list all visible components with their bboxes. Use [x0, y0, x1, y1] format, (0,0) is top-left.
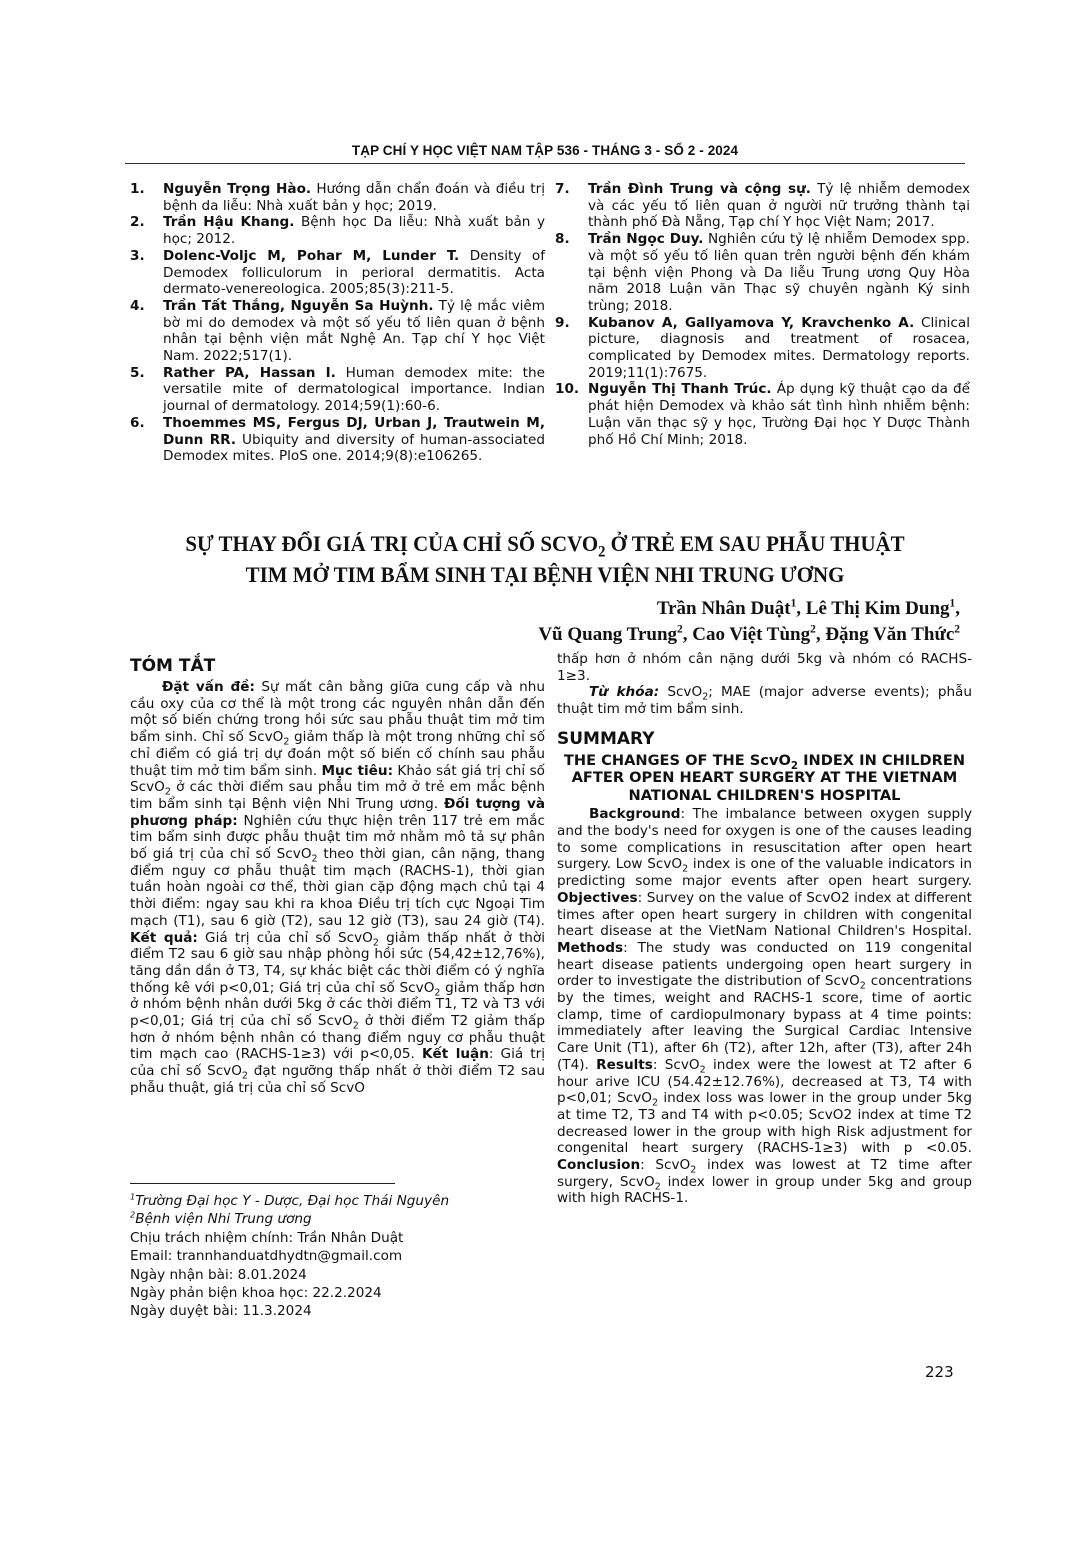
reference-authors: Trần Đình Trung và cộng sự.	[588, 181, 811, 197]
reference-item: 6. Thoemmes MS, Fergus DJ, Urban J, Trau…	[130, 415, 545, 465]
affiliation-1: 1Trường Đại học Y - Dược, Đại học Thái N…	[130, 1192, 550, 1210]
footnotes: 1Trường Đại học Y - Dược, Đại học Thái N…	[130, 1192, 550, 1321]
author-affiliation: 2	[810, 624, 816, 636]
author-name: Đặng Văn Thức	[825, 624, 954, 645]
author-name: Lê Thị Kim Dung	[806, 598, 950, 619]
date-reviewed: Ngày phản biện khoa học: 22.2.2024	[130, 1284, 550, 1302]
reference-authors: Trần Ngọc Duy.	[588, 231, 703, 247]
author-list: Trần Nhân Duật1, Lê Thị Kim Dung1, Vũ Qu…	[538, 596, 960, 648]
reference-authors: Trần Tất Thắng, Nguyễn Sa Huỳnh.	[163, 298, 434, 314]
reference-number: 8.	[555, 231, 588, 315]
author-affiliation: 2	[954, 624, 960, 636]
reference-number: 2.	[130, 214, 163, 247]
summary-heading: SUMMARY	[557, 728, 972, 750]
reference-number: 5.	[130, 365, 163, 415]
date-received: Ngày nhận bài: 8.01.2024	[130, 1266, 550, 1284]
reference-authors: Trần Hậu Khang.	[163, 214, 294, 230]
reference-authors: Kubanov A, Gallyamova Y, Kravchenko A.	[588, 315, 914, 331]
reference-item: 5. Rather PA, Hassan I. Human demodex mi…	[130, 365, 545, 415]
reference-item: 2. Trần Hậu Khang. Bệnh học Da liễu: Nhà…	[130, 214, 545, 247]
footnote-divider	[130, 1183, 395, 1184]
corresponding-author: Chịu trách nhiệm chính: Trần Nhân Duật	[130, 1229, 550, 1247]
author-affiliation: 1	[950, 598, 956, 610]
reference-number: 10.	[555, 381, 588, 448]
abstract-paragraph: Đặt vấn đề: Sự mất cân bằng giữa cung cấ…	[130, 679, 545, 1097]
keywords: Từ khóa: ScvO2; MAE (major adverse event…	[557, 684, 972, 717]
reference-authors: Rather PA, Hassan I.	[163, 365, 336, 381]
article-title: SỰ THAY ĐỔI GIÁ TRỊ CỦA CHỈ SỐ SCVO2 Ở T…	[154, 528, 935, 590]
author-name: Cao Việt Tùng	[692, 624, 810, 645]
reference-number: 4.	[130, 298, 163, 365]
abstract-vietnamese: TÓM TẮT Đặt vấn đề: Sự mất cân bằng giữa…	[130, 655, 545, 1097]
email: Email: trannhanduatdhydtn@gmail.com	[130, 1247, 550, 1265]
journal-header: TẠP CHÍ Y HỌC VIỆT NAM TẬP 536 - THÁNG 3…	[125, 143, 965, 164]
reference-number: 7.	[555, 181, 588, 231]
abstract-continuation: 2 thấp hơn ở nhóm cân nặng dưới 5kg và n…	[557, 651, 972, 684]
reference-item: 4. Trần Tất Thắng, Nguyễn Sa Huỳnh. Tỷ l…	[130, 298, 545, 365]
reference-authors: Nguyễn Thị Thanh Trúc.	[588, 381, 772, 397]
reference-authors: Dolenc-Voljc M, Pohar M, Lunder T.	[163, 248, 459, 264]
reference-number: 3.	[130, 248, 163, 298]
abstract-right-column: 2 thấp hơn ở nhóm cân nặng dưới 5kg và n…	[557, 651, 972, 1207]
reference-item: 3. Dolenc-Voljc M, Pohar M, Lunder T. De…	[130, 248, 545, 298]
author-affiliation: 1	[791, 598, 797, 610]
date-accepted: Ngày duyệt bài: 11.3.2024	[130, 1302, 550, 1320]
english-title: THE CHANGES OF THE ScvO2 INDEX IN CHILDR…	[557, 752, 972, 805]
affiliation-2: 2Bệnh viện Nhi Trung ương	[130, 1210, 550, 1228]
page-number: 223	[925, 1363, 954, 1381]
reference-item: 10. Nguyễn Thị Thanh Trúc. Áp dụng kỹ th…	[555, 381, 970, 448]
reference-item: 1. Nguyễn Trọng Hào. Hướng dẫn chẩn đoán…	[130, 181, 545, 214]
references-right-column: 7. Trần Đình Trung và cộng sự. Tỷ lệ nhi…	[555, 181, 970, 448]
author-affiliation: 2	[677, 624, 683, 636]
article-title-line-1: SỰ THAY ĐỔI GIÁ TRỊ CỦA CHỈ SỐ SCVO2 Ở T…	[154, 528, 935, 559]
reference-number: 6.	[130, 415, 163, 465]
article-title-line-2: TIM MỞ TIM BẨM SINH TẠI BỆNH VIỆN NHI TR…	[154, 559, 935, 590]
author-name: Vũ Quang Trung	[538, 624, 677, 645]
abstract-heading: TÓM TẮT	[130, 655, 545, 677]
author-name: Trần Nhân Duật	[657, 598, 791, 619]
summary-paragraph: Background: The imbalance between oxygen…	[557, 806, 972, 1207]
reference-item: 9. Kubanov A, Gallyamova Y, Kravchenko A…	[555, 315, 970, 382]
reference-item: 7. Trần Đình Trung và cộng sự. Tỷ lệ nhi…	[555, 181, 970, 231]
reference-number: 9.	[555, 315, 588, 382]
references-left-column: 1. Nguyễn Trọng Hào. Hướng dẫn chẩn đoán…	[130, 181, 545, 465]
reference-item: 8. Trần Ngọc Duy. Nghiên cứu tỷ lệ nhiễm…	[555, 231, 970, 315]
reference-number: 1.	[130, 181, 163, 214]
reference-authors: Nguyễn Trọng Hào.	[163, 181, 311, 197]
